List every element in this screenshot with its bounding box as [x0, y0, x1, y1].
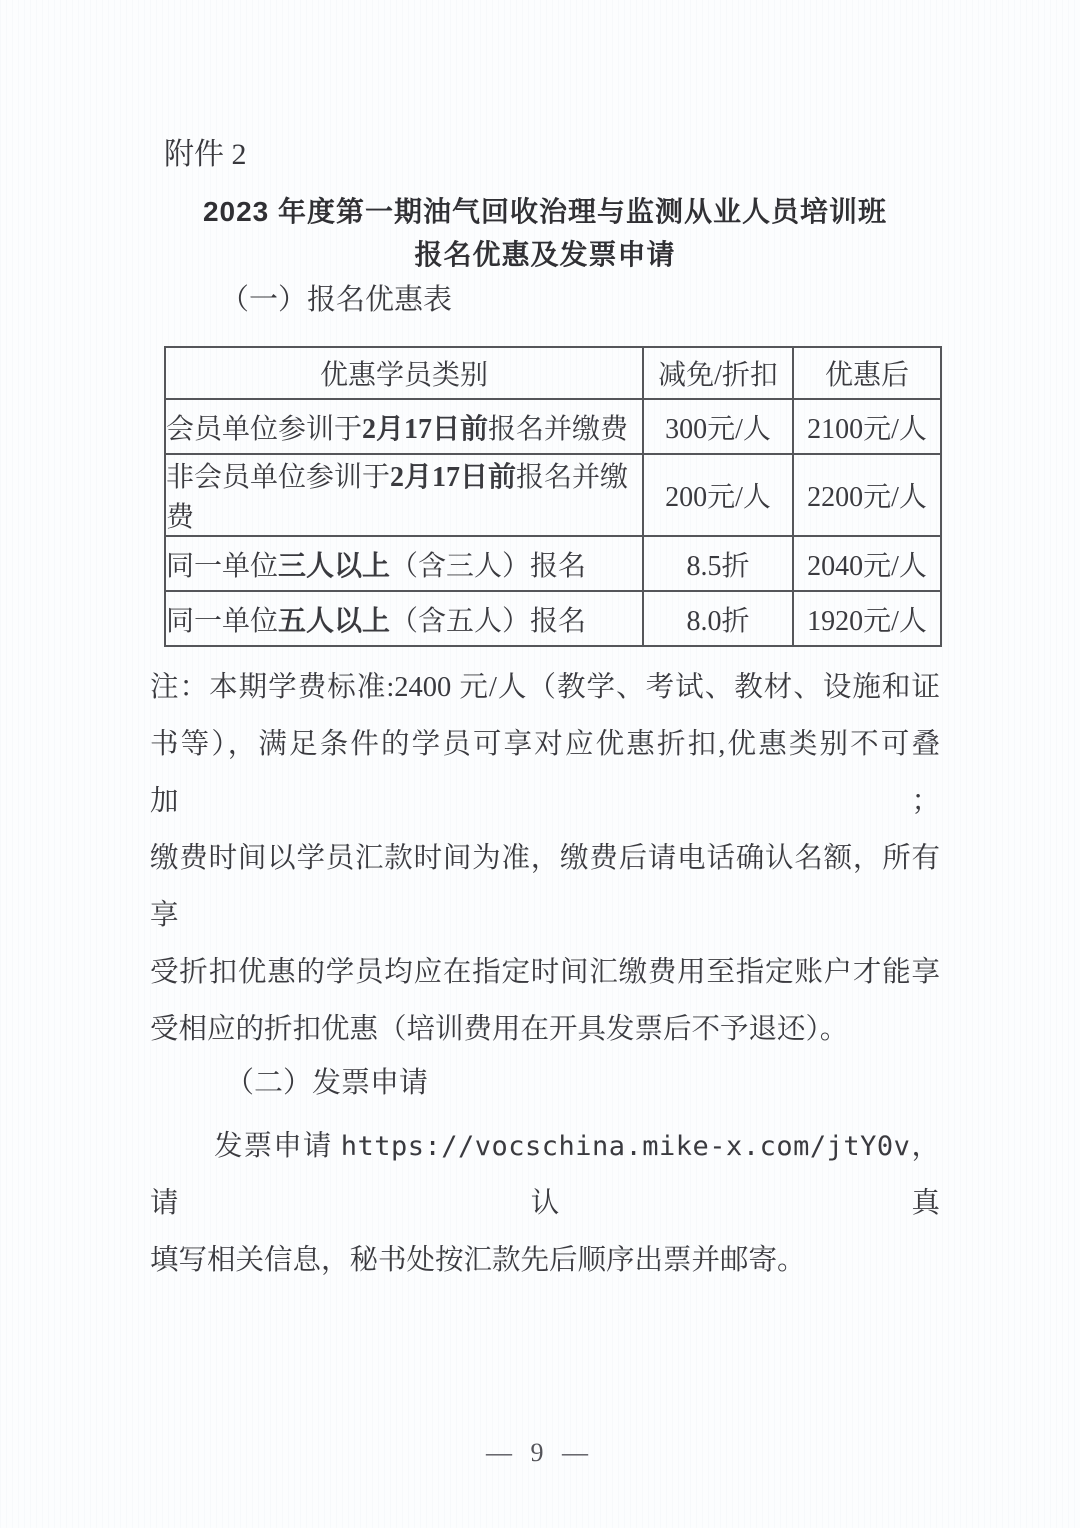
- column-header-after-price: 优惠后: [793, 347, 941, 399]
- table-row: 同一单位五人以上（含五人）报名8.0折1920元/人: [165, 591, 941, 646]
- cell-category: 会员单位参训于2月17日前报名并缴费: [165, 399, 643, 454]
- text-segment: 五人以上: [278, 606, 390, 637]
- note-line: 受折扣优惠的学员均应在指定时间汇缴费用至指定账户才能享: [150, 944, 940, 1001]
- document-title-line2: 报名优惠及发票申请: [150, 233, 940, 276]
- text-segment: （含五人）报名: [390, 606, 586, 637]
- invoice-url: https://vocschina.mike-x.com/jtY0v: [341, 1131, 911, 1162]
- text-segment: 会员单位参训于: [166, 414, 362, 445]
- document-title-line1: 2023 年度第一期油气回收治理与监测从业人员培训班: [150, 190, 940, 233]
- note-paragraph: 注：本期学费标准:2400 元/人（教学、考试、教材、设施和证书等），满足条件的…: [150, 659, 940, 1058]
- note-line: 缴费时间以学员汇款时间为准，缴费后请电话确认名额，所有享: [150, 830, 940, 944]
- cell-discount: 300元/人: [643, 399, 793, 454]
- invoice-line: 填写相关信息，秘书处按汇款先后顺序出票并邮寄。: [150, 1232, 940, 1289]
- cell-discount: 200元/人: [643, 454, 793, 536]
- document-title: 2023 年度第一期油气回收治理与监测从业人员培训班 报名优惠及发票申请: [150, 190, 940, 276]
- cell-category: 非会员单位参训于2月17日前报名并缴费: [165, 454, 643, 536]
- section1-heading: （一）报名优惠表: [150, 280, 940, 320]
- text-segment: 2月17日前: [362, 414, 488, 445]
- cell-category: 同一单位五人以上（含五人）报名: [165, 591, 643, 646]
- cell-after-price: 2040元/人: [793, 536, 941, 591]
- text-segment: 同一单位: [166, 606, 278, 637]
- note-line: 受相应的折扣优惠（培训费用在开具发票后不予退还）。: [150, 1001, 940, 1058]
- text-segment: 发票申请: [214, 1131, 341, 1162]
- note-line: 书等），满足条件的学员可享对应优惠折扣,优惠类别不可叠加；: [150, 716, 940, 830]
- cell-after-price: 2200元/人: [793, 454, 941, 536]
- text-segment: 同一单位: [166, 551, 278, 582]
- discount-table: 优惠学员类别 减免/折扣 优惠后 会员单位参训于2月17日前报名并缴费300元/…: [164, 346, 942, 647]
- text-segment: 报名并缴费: [488, 414, 628, 445]
- cell-discount: 8.5折: [643, 536, 793, 591]
- table-row: 非会员单位参训于2月17日前报名并缴费200元/人2200元/人: [165, 454, 941, 536]
- section2-heading: （二）发票申请: [150, 1060, 940, 1106]
- note-line: 注：本期学费标准:2400 元/人（教学、考试、教材、设施和证: [150, 659, 940, 716]
- cell-category: 同一单位三人以上（含三人）报名: [165, 536, 643, 591]
- page-number: — 9 —: [0, 1438, 1080, 1468]
- text-segment: 2月17日前: [390, 462, 516, 493]
- column-header-discount: 减免/折扣: [643, 347, 793, 399]
- table-row: 会员单位参训于2月17日前报名并缴费300元/人2100元/人: [165, 399, 941, 454]
- table-row: 同一单位三人以上（含三人）报名8.5折2040元/人: [165, 536, 941, 591]
- invoice-paragraph: 发票申请 https://vocschina.mike-x.com/jtY0v，…: [150, 1118, 940, 1289]
- attachment-label: 附件 2: [164, 136, 940, 174]
- text-segment: 三人以上: [278, 551, 390, 582]
- text-segment: 非会员单位参训于: [166, 462, 390, 493]
- text-segment: 填写相关信息，秘书处按汇款先后顺序出票并邮寄。: [150, 1245, 806, 1276]
- document-page: 附件 2 2023 年度第一期油气回收治理与监测从业人员培训班 报名优惠及发票申…: [0, 0, 1080, 1528]
- cell-after-price: 1920元/人: [793, 591, 941, 646]
- table-header-row: 优惠学员类别 减免/折扣 优惠后: [165, 347, 941, 399]
- cell-after-price: 2100元/人: [793, 399, 941, 454]
- column-header-category: 优惠学员类别: [165, 347, 643, 399]
- invoice-line: 发票申请 https://vocschina.mike-x.com/jtY0v，…: [150, 1118, 940, 1232]
- text-segment: （含三人）报名: [390, 551, 586, 582]
- cell-discount: 8.0折: [643, 591, 793, 646]
